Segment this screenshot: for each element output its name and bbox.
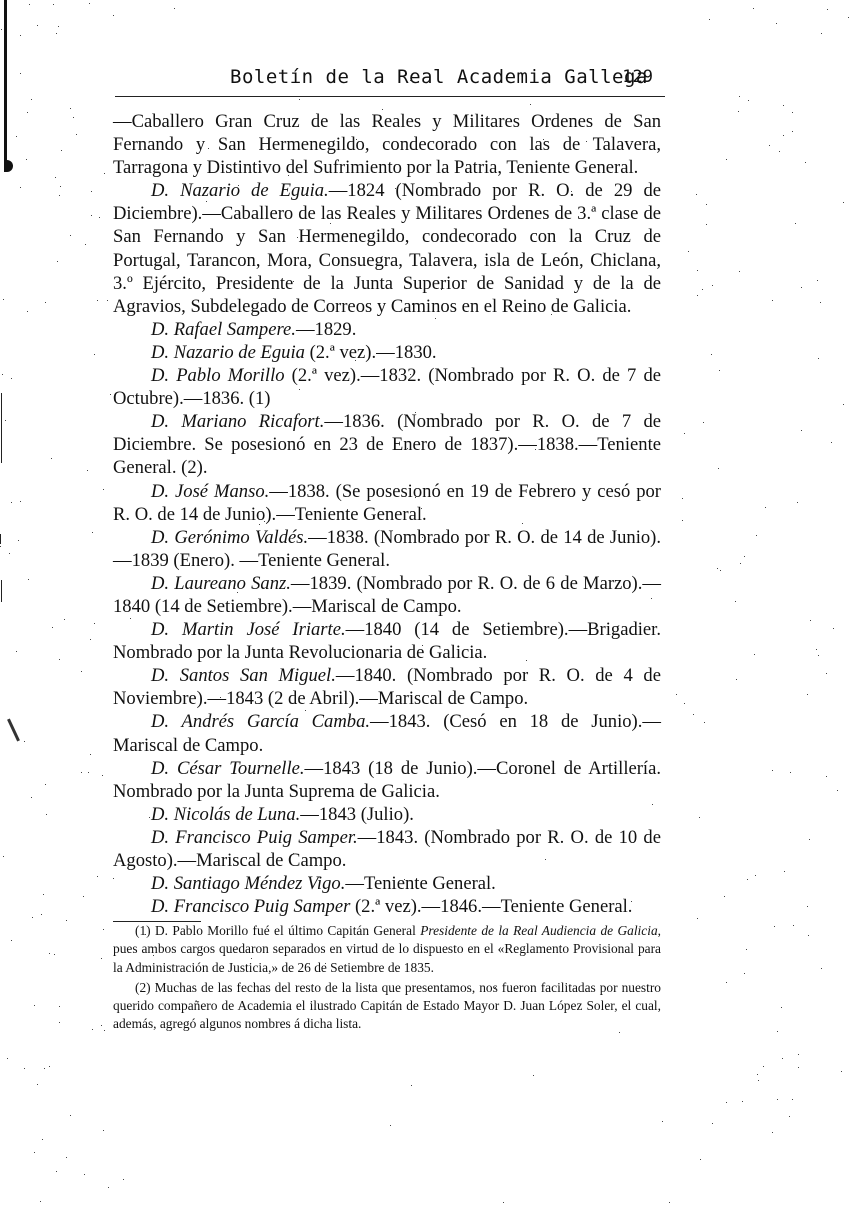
footnotes: (1) D. Pablo Morillo fué el último Capit… xyxy=(113,922,661,1036)
list-entry: D. Pablo Morillo (2.ª vez).—1832. (Nombr… xyxy=(113,364,661,410)
person-name: D. Gerónimo Valdés. xyxy=(151,527,308,548)
ink-blot xyxy=(4,160,13,172)
person-name: D. Laureano Sanz. xyxy=(151,573,291,594)
person-name: D. Francisco Puig Samper xyxy=(151,896,350,917)
footnote-marker: (2) xyxy=(135,980,151,995)
person-name: D. Nazario de Eguia. xyxy=(151,180,329,201)
binding-edge-mark xyxy=(4,0,7,172)
person-name: D. Mariano Ricafort. xyxy=(151,411,324,432)
person-name: D. Nazario de Eguia xyxy=(151,342,305,363)
margin-mark xyxy=(1,393,2,463)
list-entry: D. José Manso.—1838. (Se posesionó en 19… xyxy=(113,480,661,526)
list-entry: D. Santiago Méndez Vigo.—Teniente Genera… xyxy=(113,872,661,895)
list-entry: D. Francisco Puig Samper.—1843. (Nombrad… xyxy=(113,826,661,872)
person-name: D. Santos San Miguel. xyxy=(151,665,336,686)
journal-title: Boletín de la Real Academia Gallega xyxy=(230,66,648,88)
margin-scribble xyxy=(7,718,20,741)
paragraph: —Caballero Gran Cruz de las Reales y Mil… xyxy=(113,110,661,179)
list-entry: D. Nazario de Eguia (2.ª vez).—1830. xyxy=(113,341,661,364)
list-entry: D. Nicolás de Luna.—1843 (Julio). xyxy=(113,803,661,826)
footnote-2: (2) Muchas de las fechas del resto de la… xyxy=(113,979,661,1034)
list-entry: D. Rafael Sampere.—1829. xyxy=(113,318,661,341)
person-name: D. César Tournelle. xyxy=(151,758,305,779)
body-text: —Caballero Gran Cruz de las Reales y Mil… xyxy=(113,110,661,918)
person-name: D. Andrés García Camba. xyxy=(151,711,370,732)
person-name: D. Pablo Morillo xyxy=(151,365,285,386)
list-entry: D. Francisco Puig Samper (2.ª vez).—1846… xyxy=(113,895,661,918)
list-entry: D. Andrés García Camba.—1843. (Cesó en 1… xyxy=(113,710,661,756)
page-number: 129 xyxy=(622,67,653,87)
person-name: D. Francisco Puig Samper. xyxy=(151,827,358,848)
person-name: D. Rafael Sampere. xyxy=(151,319,296,340)
list-entry: D. Gerónimo Valdés.—1838. (Nombrado por … xyxy=(113,526,661,572)
list-entry: D. Martin José Iriarte.—1840 (14 de Seti… xyxy=(113,618,661,664)
margin-mark xyxy=(1,580,2,602)
list-entry: D. César Tournelle.—1843 (18 de Junio).—… xyxy=(113,757,661,803)
margin-mark xyxy=(0,534,1,544)
running-header: Boletín de la Real Academia Gallega 129 xyxy=(115,62,665,97)
person-name: D. José Manso. xyxy=(151,481,269,502)
list-entry: D. Santos San Miguel.—1840. (Nombrado po… xyxy=(113,664,661,710)
person-name: D. Santiago Méndez Vigo. xyxy=(151,873,345,894)
list-entry: D. Nazario de Eguia.—1824 (Nombrado por … xyxy=(113,179,661,318)
list-entry: D. Laureano Sanz.—1839. (Nombrado por R.… xyxy=(113,572,661,618)
footnote-1: (1) D. Pablo Morillo fué el último Capit… xyxy=(113,922,661,977)
person-name: D. Martin José Iriarte. xyxy=(151,619,346,640)
person-name: D. Nicolás de Luna. xyxy=(151,804,300,825)
footnote-marker: (1) xyxy=(135,923,151,938)
document-page: Boletín de la Real Academia Gallega 129 … xyxy=(0,0,850,1213)
list-entry: D. Mariano Ricafort.—1836. (Nombrado por… xyxy=(113,410,661,479)
